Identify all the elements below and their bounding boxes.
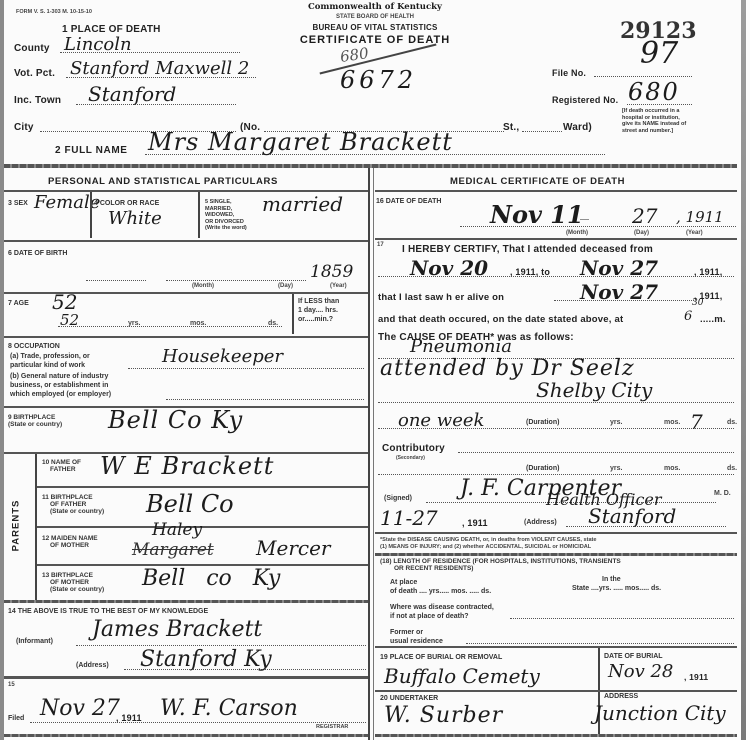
parents-rule-1 <box>37 486 368 488</box>
contributory-dots <box>458 452 734 453</box>
hospital-note: [If death occurred in a hospital or inst… <box>622 108 692 134</box>
former-residence-dots <box>466 643 734 644</box>
birthplace-label: 9 BIRTHPLACE (State or country) <box>8 414 62 428</box>
attended-to-year: , 1911, <box>694 267 722 277</box>
medical-title-rule <box>375 190 737 192</box>
sex-label: 3 SEX <box>8 200 28 207</box>
contracted-label: Where was disease contracted, if not at … <box>390 603 494 621</box>
row-rule-3 <box>4 336 368 338</box>
filed-dots <box>30 722 366 723</box>
undertaker-address-label: ADDRESS <box>604 693 638 700</box>
signed-address-value: Stanford <box>588 504 676 528</box>
dob-month-dots <box>166 280 306 281</box>
dob-day-dots <box>86 280 146 281</box>
ward-label: Ward) <box>563 122 592 133</box>
certify-text: I HEREBY CERTIFY, That I attended deceas… <box>402 244 653 255</box>
full-name-value: Mrs Margaret Brackett <box>148 128 453 156</box>
file-no-dots <box>594 76 692 77</box>
death-year-value: , 1911 <box>676 208 724 226</box>
father-name-label: 10 NAME OF FATHER <box>42 459 81 473</box>
occupation-a-value: Housekeeper <box>162 346 283 367</box>
duration-yrs-caption: yrs. <box>610 419 622 426</box>
cause-line-3: Shelby City <box>536 378 652 402</box>
contributory-label: Contributory <box>382 443 445 454</box>
occurred-time: 6 <box>684 309 692 324</box>
registered-no-value: 680 <box>628 78 680 106</box>
contributory-mos-caption: mos. <box>664 465 680 472</box>
mother-maiden-value: Mercer <box>256 536 330 560</box>
undertaker-value: W. Surber <box>384 703 503 728</box>
age-label: 7 AGE <box>8 300 29 307</box>
header-divider <box>4 164 737 168</box>
residence-label: (18) LENGTH OF RESIDENCE (FOR HOSPITALS,… <box>380 558 621 572</box>
occupation-a-label: (a) Trade, profession, or particular kin… <box>10 352 90 370</box>
mother-maiden-inserted: Haley <box>152 520 202 540</box>
marital-label: 5 SINGLE, MARRIED, WIDOWED, OR DIVORCED … <box>205 199 247 232</box>
md-caption: M. D. <box>714 490 731 497</box>
age-divider <box>292 294 294 334</box>
ward-dots <box>522 131 562 132</box>
inc-town-label: Inc. Town <box>14 95 61 106</box>
former-residence-label: Former or usual residence <box>390 628 443 646</box>
certificate-title: CERTIFICATE OF DEATH <box>265 34 485 46</box>
dob-year-caption: (Year) <box>330 283 347 289</box>
dob-month-caption: (Month) <box>192 283 214 289</box>
death-day-value: 27 <box>632 204 657 228</box>
color-label: 4 COLOR OR RACE <box>94 200 159 207</box>
footnote-bottom-rule <box>375 553 737 556</box>
death-year-caption: (Year) <box>686 230 703 236</box>
burial-label: 19 PLACE OF BURIAL OR REMOVAL <box>380 654 502 661</box>
scan-edge-right <box>741 0 746 740</box>
filed-year: , 1911 <box>116 713 142 723</box>
signed-date-value: 11-27 <box>380 506 438 530</box>
burial-value: Buffalo Cemety <box>384 664 540 688</box>
cause-dots-2 <box>378 402 734 403</box>
filed-label: Filed <box>8 715 24 722</box>
contributory-yrs-caption: yrs. <box>610 465 622 472</box>
vot-pct-label: Vot. Pct. <box>14 68 55 79</box>
age-yrs-caption: yrs. <box>128 320 140 327</box>
file-no-label: File No. <box>552 68 586 78</box>
occurred-time-super: 30 <box>692 298 703 308</box>
mother-birthplace-value: Bell co Ky <box>142 566 280 591</box>
age-dots <box>58 326 282 327</box>
city-label: City <box>14 122 34 133</box>
informant-label: (Informant) <box>16 638 53 645</box>
column-divider-inner <box>373 168 374 740</box>
column-divider <box>368 168 370 740</box>
bureau-heading: BUREAU OF VITAL STATISTICS <box>285 23 465 32</box>
dob-day-caption: (Day) <box>278 283 293 289</box>
signed-label: (Signed) <box>384 495 412 502</box>
contributory-duration-caption: (Duration) <box>526 465 559 472</box>
undertaker-address-value: Junction City <box>594 701 726 725</box>
vot-pct-value: Stanford Maxwell 2 <box>70 58 249 79</box>
board-heading: STATE BOARD OF HEALTH <box>300 14 450 20</box>
occurred-suffix: .....m. <box>700 314 726 325</box>
cause-footnote: *State the DISEASE CAUSING DEATH, or, in… <box>380 537 597 551</box>
informant-address-value: Stanford Ky <box>140 647 272 672</box>
birthplace-value: Bell Co Ky <box>108 406 243 434</box>
color-value: White <box>108 208 162 229</box>
father-birthplace-label: 11 BIRTHPLACE OF FATHER (State or countr… <box>42 494 104 515</box>
county-value: Lincoln <box>64 34 132 55</box>
commonwealth-heading: Commonwealth of Kentucky <box>300 2 450 12</box>
parents-divider <box>35 454 37 602</box>
dob-label: 6 DATE OF BIRTH <box>8 250 67 257</box>
death-month-value: Nov 11 <box>490 200 584 229</box>
burial-date-year: , 1911 <box>684 672 708 682</box>
mother-birthplace-label: 13 BIRTHPLACE OF MOTHER (State or countr… <box>42 572 104 593</box>
inc-town-value: Stanford <box>88 82 176 106</box>
contracted-dots <box>510 618 734 619</box>
father-birthplace-value: Bell Co <box>146 490 234 518</box>
undertaker-label: 20 UNDERTAKER <box>380 695 438 702</box>
age-ds-caption: ds. <box>268 320 278 327</box>
color-divider <box>198 192 200 238</box>
occupation-b-label: (b) General nature of industry business,… <box>10 372 111 399</box>
signed-bottom-rule <box>375 532 737 534</box>
attended-from-year: , 1911, to <box>510 267 550 277</box>
scan-edge-left <box>0 0 4 740</box>
registrar-caption: REGISTRAR <box>316 724 348 730</box>
signed-year: , 1911 <box>462 518 488 528</box>
mother-maiden-struck: Margaret <box>132 540 214 560</box>
full-name-label: 2 FULL NAME <box>55 145 128 156</box>
certify-number: 17 <box>377 242 384 248</box>
date-of-death-label: 16 DATE OF DEATH <box>376 198 441 205</box>
at-place-label: At place of death .... yrs..... mos. ...… <box>390 578 491 596</box>
informant-statement: 14 THE ABOVE IS TRUE TO THE BEST OF MY K… <box>8 608 208 615</box>
informant-bottom-rule <box>4 676 368 679</box>
duration-dots <box>378 428 734 429</box>
medical-rule-1 <box>375 238 737 240</box>
marital-value: married <box>262 192 343 216</box>
burial-rule <box>375 690 737 692</box>
occurred-text: and that death occured, on the date stat… <box>378 314 623 325</box>
parents-side-label: PARENTS <box>10 500 21 552</box>
dob-year-value: 1859 <box>310 262 353 282</box>
duration-caption: (Duration) <box>526 419 559 426</box>
duration-ds-caption: ds. <box>727 419 737 426</box>
handwritten-certificate-number: 6672 <box>340 66 417 94</box>
in-state-label: In the State ....yrs. ..... mos..... ds. <box>572 575 661 593</box>
father-name-value: W E Brackett <box>100 452 274 480</box>
sex-divider <box>90 192 92 238</box>
occupation-b-dots <box>166 399 364 400</box>
personal-section-title: PERSONAL AND STATISTICAL PARTICULARS <box>48 176 278 187</box>
attended-from-value: Nov 20 <box>410 256 488 280</box>
occupation-a-dots <box>128 368 364 369</box>
cause-line-1: Pneumonia <box>410 336 512 357</box>
death-day-caption: (Day) <box>634 230 649 236</box>
contributory-sub: (Secondary) <box>396 455 425 461</box>
residence-bottom-rule <box>375 646 737 648</box>
duration-ds-value: 7 <box>690 410 703 434</box>
burial-date-label: DATE OF BURIAL <box>604 653 663 660</box>
age-mos-caption: mos. <box>190 320 206 327</box>
registrar-value: W. F. Carson <box>160 696 298 721</box>
mother-maiden-label: 12 MAIDEN NAME OF MOTHER <box>42 535 98 549</box>
burial-bottom-rule <box>375 734 737 737</box>
death-month-caption: (Month) <box>566 230 588 236</box>
medical-section-title: MEDICAL CERTIFICATE OF DEATH <box>450 176 625 187</box>
contributory-ds-caption: ds. <box>727 465 737 472</box>
row-rule-1 <box>4 240 368 242</box>
less-than-label: If LESS than 1 day.... hrs. or.....min.? <box>298 297 339 324</box>
parents-bottom-rule <box>4 600 368 603</box>
occupation-label: 8 OCCUPATION <box>8 343 60 350</box>
file-no-value: 97 <box>640 36 678 71</box>
parents-rule-2 <box>37 526 368 528</box>
filed-number: 15 <box>8 682 15 688</box>
last-saw-text: that I last saw h er alive on <box>378 292 504 303</box>
filed-date-value: Nov 27 <box>40 696 120 721</box>
attended-to-value: Nov 27 <box>580 256 658 280</box>
county-label: County <box>14 43 50 54</box>
signed-address-label: (Address) <box>524 519 557 526</box>
form-code: FORM V. S. 1-303 M. 10-15-10 <box>16 9 92 15</box>
informant-address-label: (Address) <box>76 662 109 669</box>
st-label: St., <box>503 122 519 133</box>
informant-value: James Brackett <box>92 617 262 642</box>
death-certificate: FORM V. S. 1-303 M. 10-15-10 Commonwealt… <box>0 0 750 740</box>
last-saw-value: Nov 27 <box>580 280 658 304</box>
registered-no-label: Registered No. <box>552 95 618 105</box>
death-dash: — <box>580 214 589 224</box>
filed-bottom-rule <box>4 734 368 737</box>
duration-mos-caption: mos. <box>664 419 680 426</box>
burial-date-value: Nov 28 <box>608 661 673 682</box>
contributory-duration-dots <box>378 474 734 475</box>
informant-dots <box>76 645 366 646</box>
